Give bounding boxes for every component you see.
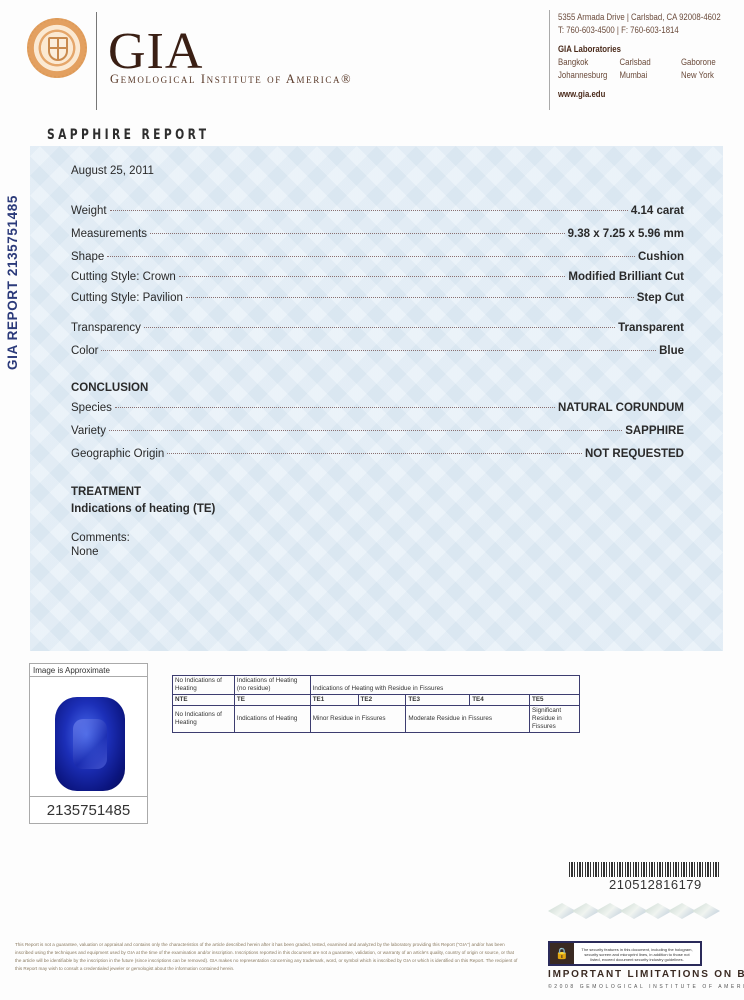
gia-logo: GIA — [108, 26, 203, 78]
field-origin: Geographic OriginNOT REQUESTED — [71, 448, 684, 463]
barcode — [569, 862, 719, 877]
phone-line: T: 760-603-4500 | F: 760-603-1814 — [558, 24, 743, 37]
lab-city: New York — [681, 69, 743, 82]
treatment-scale-table: No Indications of Heating Indications of… — [172, 675, 580, 733]
report-date: August 25, 2011 — [71, 165, 154, 177]
field-shape: ShapeCushion — [71, 251, 684, 266]
comments-label: Comments: — [71, 532, 130, 544]
copyright: ©2008 GEMOLOGICAL INSTITUTE OF AMERICA, … — [548, 984, 744, 990]
lab-city: Bangkok — [558, 56, 620, 69]
hologram-strip — [548, 902, 718, 920]
field-transparency: TransparencyTransparent — [71, 322, 684, 337]
field-species: SpeciesNATURAL CORUNDUM — [71, 402, 684, 417]
labs-title: GIA Laboratories — [558, 43, 743, 56]
conclusion-heading: CONCLUSION — [71, 382, 148, 394]
header-divider — [96, 12, 97, 110]
labs-list: Bangkok Carlsbad Gaborone Johannesburg M… — [558, 56, 743, 82]
table-row: No Indications of Heating Indications of… — [173, 676, 580, 695]
security-text: The security features in this document, … — [574, 943, 700, 964]
address-divider — [549, 10, 550, 110]
barcode-number: 210512816179 — [609, 877, 702, 892]
lab-city: Johannesburg — [558, 69, 620, 82]
website-link[interactable]: www.gia.edu — [558, 88, 743, 101]
lock-icon: 🔒 — [550, 943, 574, 964]
gia-seal-icon — [27, 18, 87, 78]
treatment-value: Indications of heating (TE) — [71, 503, 215, 515]
image-caption: Image is Approximate — [30, 664, 147, 677]
disclaimer-text: This Report is not a guarantee, valuatio… — [15, 941, 520, 973]
lab-city: Gaborone — [681, 56, 743, 69]
address-block: 5355 Armada Drive | Carlsbad, CA 92008-4… — [558, 11, 743, 101]
comments-value: None — [71, 546, 99, 558]
field-cutting-pavilion: Cutting Style: PavilionStep Cut — [71, 292, 684, 307]
important-limitations: IMPORTANT LIMITATIONS ON BACK — [548, 969, 744, 980]
table-row: No Indications of Heating Indications of… — [173, 706, 580, 733]
report-panel — [30, 146, 723, 651]
treatment-heading: TREATMENT — [71, 486, 141, 498]
lab-city: Mumbai — [620, 69, 682, 82]
side-report-number: GIA REPORT 2135751485 — [5, 195, 20, 370]
address-line: 5355 Armada Drive | Carlsbad, CA 92008-4… — [558, 11, 743, 24]
field-weight: Weight4.14 carat — [71, 205, 684, 220]
field-variety: VarietySAPPHIRE — [71, 425, 684, 440]
gem-report-number: 2135751485 — [30, 796, 147, 823]
field-cutting-crown: Cutting Style: CrownModified Brilliant C… — [71, 271, 684, 286]
report-title: SAPPHIRE REPORT — [47, 127, 209, 143]
gia-logo-subtitle: Gemological Institute of America® — [110, 72, 352, 87]
security-notice: 🔒 The security features in this document… — [548, 941, 702, 966]
field-measurements: Measurements9.38 x 7.25 x 5.96 mm — [71, 228, 684, 243]
field-color: ColorBlue — [71, 345, 684, 360]
table-row: NTE TE TE1 TE2 TE3 TE4 TE5 — [173, 695, 580, 706]
lab-city: Carlsbad — [620, 56, 682, 69]
sapphire-image — [55, 697, 125, 791]
gem-image-card: Image is Approximate 2135751485 — [29, 663, 148, 824]
